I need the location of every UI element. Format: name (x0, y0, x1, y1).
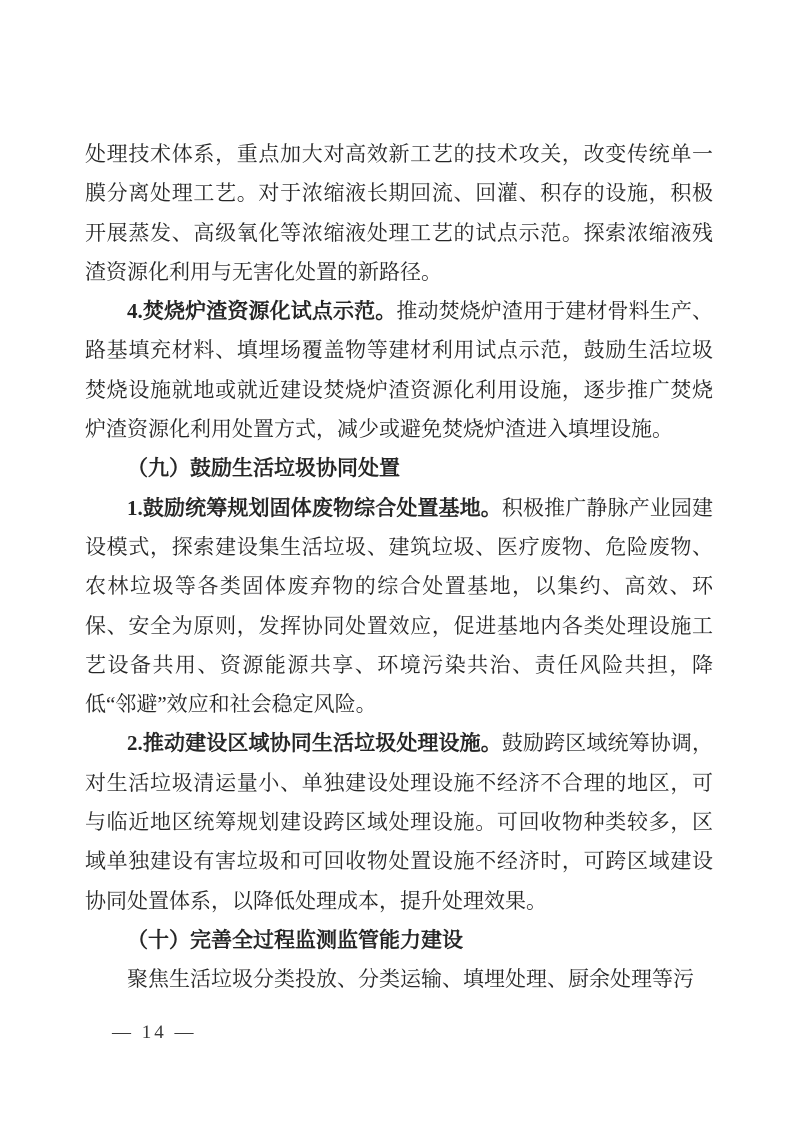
paragraph: 聚焦生活垃圾分类投放、分类运输、填埋处理、厨余处理等污 (85, 960, 713, 999)
page-number: — 14 — (112, 1018, 197, 1048)
document-body: 处理技术体系，重点加大对高效新工艺的技术攻关，改变传统单一膜分离处理工艺。对于浓… (85, 135, 713, 1000)
document-page: 处理技术体系，重点加大对高效新工艺的技术攻关，改变传统单一膜分离处理工艺。对于浓… (0, 0, 794, 1123)
paragraph: 4.焚烧炉渣资源化试点示范。推动焚烧炉渣用于建材骨料生产、路基填充材料、填埋场覆… (85, 292, 713, 449)
paragraph-lead: 1.鼓励统筹规划固体废物综合处置基地。 (127, 496, 502, 520)
paragraph: 1.鼓励统筹规划固体废物综合处置基地。积极推广静脉产业园建设模式，探索建设集生活… (85, 489, 713, 725)
paragraph-text: 积极推广静脉产业园建设模式，探索建设集生活垃圾、建筑垃圾、医疗废物、危险废物、农… (85, 496, 713, 716)
paragraph-lead: 2.推动建设区域协同生活垃圾处理设施。 (127, 731, 502, 755)
section-heading: （十）完善全过程监测监管能力建设 (85, 921, 713, 960)
section-heading: （九）鼓励生活垃圾协同处置 (85, 449, 713, 488)
paragraph-text: 鼓励跨区域统筹协调，对生活垃圾清运量小、单独建设处理设施不经济不合理的地区，可与… (85, 731, 713, 912)
paragraph: 2.推动建设区域协同生活垃圾处理设施。鼓励跨区域统筹协调，对生活垃圾清运量小、单… (85, 724, 713, 920)
paragraph: 处理技术体系，重点加大对高效新工艺的技术攻关，改变传统单一膜分离处理工艺。对于浓… (85, 135, 713, 292)
paragraph-lead: 4.焚烧炉渣资源化试点示范。 (127, 299, 396, 323)
paragraph-text: 处理技术体系，重点加大对高效新工艺的技术攻关，改变传统单一膜分离处理工艺。对于浓… (85, 142, 713, 284)
paragraph-text: 聚焦生活垃圾分类投放、分类运输、填埋处理、厨余处理等污 (127, 967, 694, 991)
